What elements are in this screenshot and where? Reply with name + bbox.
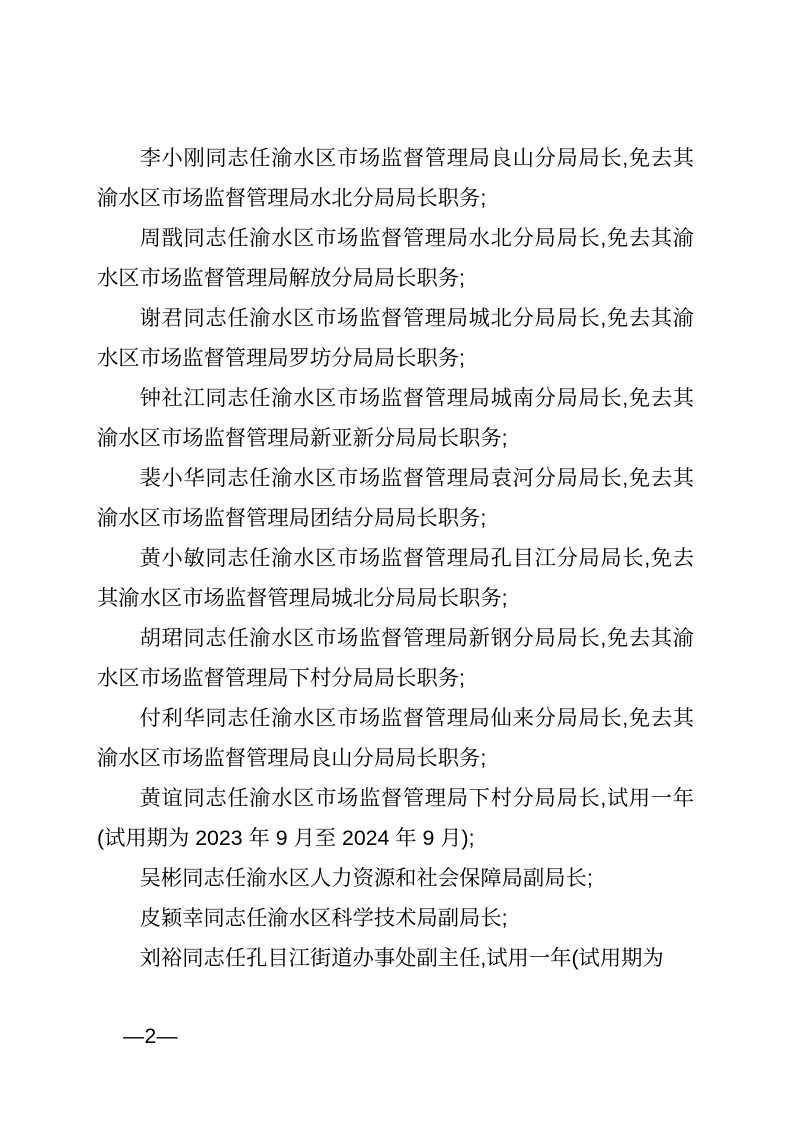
paragraph: 裴小华同志任渝水区市场监督管理局袁河分局局长,免去其渝水区市场监督管理局团结分局… (97, 458, 694, 538)
paragraph: 黄小敏同志任渝水区市场监督管理局孔目江分局局长,免去其渝水区市场监督管理局城北分… (97, 538, 694, 618)
paragraph: 刘裕同志任孔目江街道办事处副主任,试用一年(试用期为 (97, 938, 694, 978)
paragraph: 周戬同志任渝水区市场监督管理局水北分局局长,免去其渝水区市场监督管理局解放分局局… (97, 218, 694, 298)
paragraph: 付利华同志任渝水区市场监督管理局仙来分局局长,免去其渝水区市场监督管理局良山分局… (97, 698, 694, 778)
paragraph: 皮颖幸同志任渝水区科学技术局副局长; (97, 898, 694, 938)
paragraph: 李小刚同志任渝水区市场监督管理局良山分局局长,免去其渝水区市场监督管理局水北分局… (97, 138, 694, 218)
paragraph: 钟社江同志任渝水区市场监督管理局城南分局局长,免去其渝水区市场监督管理局新亚新分… (97, 378, 694, 458)
paragraph: 胡珺同志任渝水区市场监督管理局新钢分局局长,免去其渝水区市场监督管理局下村分局局… (97, 618, 694, 698)
paragraph: 谢君同志任渝水区市场监督管理局城北分局局长,免去其渝水区市场监督管理局罗坊分局局… (97, 298, 694, 378)
document-body: 李小刚同志任渝水区市场监督管理局良山分局局长,免去其渝水区市场监督管理局水北分局… (97, 138, 694, 978)
page-number: —2— (123, 1025, 178, 1048)
page-footer: —2— (123, 1024, 178, 1050)
paragraph: 黄谊同志任渝水区市场监督管理局下村分局局长,试用一年(试用期为 2023 年 9… (97, 778, 694, 858)
document-page: 李小刚同志任渝水区市场监督管理局良山分局局长,免去其渝水区市场监督管理局水北分局… (0, 0, 793, 1122)
paragraph: 吴彬同志任渝水区人力资源和社会保障局副局长; (97, 858, 694, 898)
